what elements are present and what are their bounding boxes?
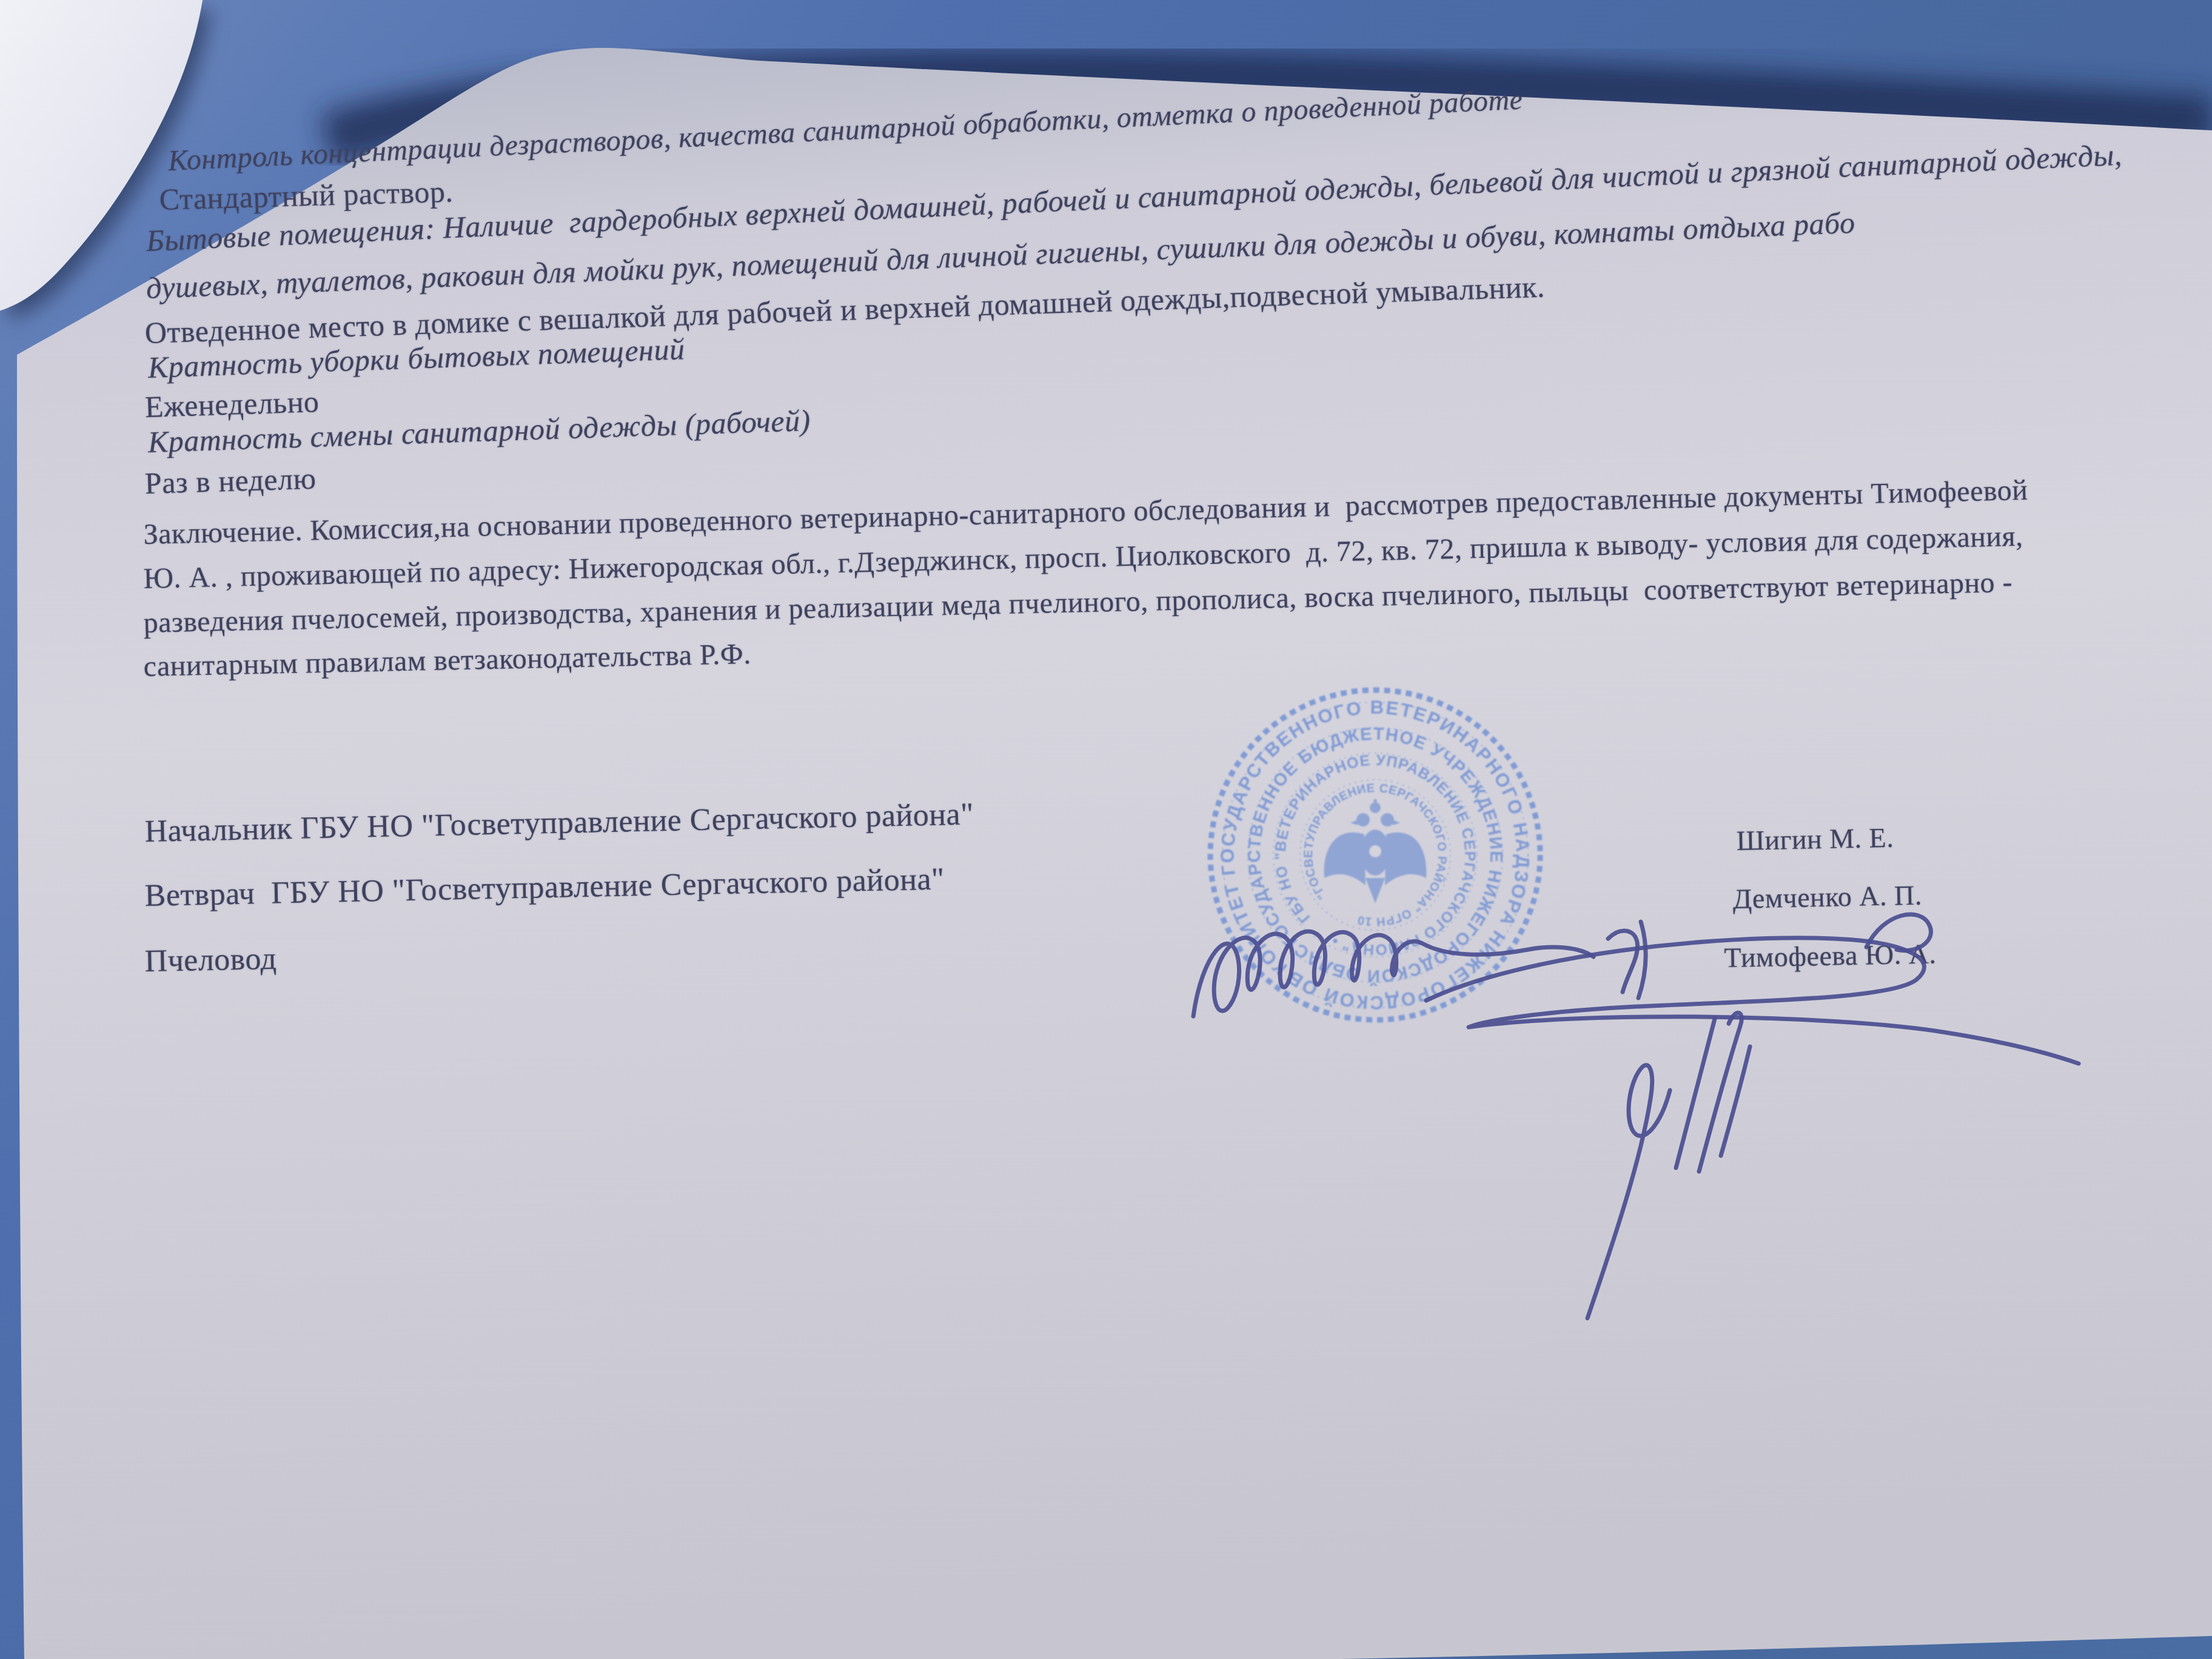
- folded-corner-shape: [0, 0, 203, 312]
- folded-paper-corner: [0, 0, 2212, 1659]
- photo-of-document: Контроль концентрации дезрастворов, каче…: [0, 0, 2212, 1659]
